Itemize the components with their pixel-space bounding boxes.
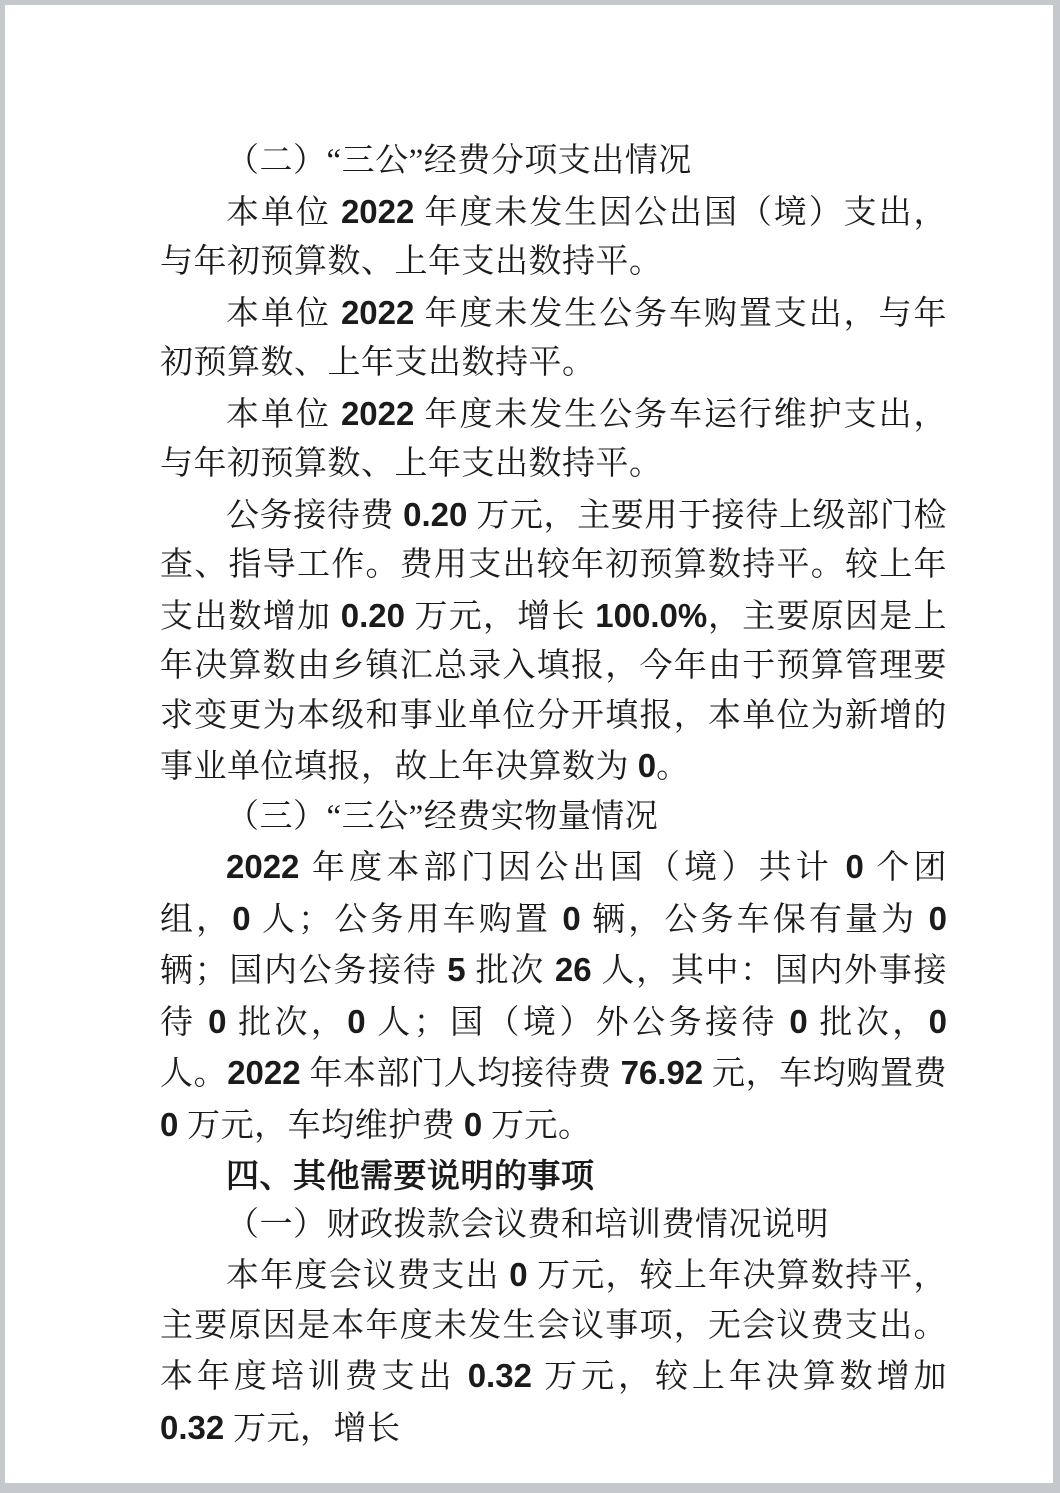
numeral: 0: [232, 900, 250, 937]
section-heading-other-matters: 四、其他需要说明的事项: [160, 1151, 947, 1201]
paragraph-official-reception-expense: 公务接待费 0.20 万元，主要用于接待上级部门检查、指导工作。费用支出较年初预…: [160, 490, 947, 793]
numeral: 0: [464, 1106, 482, 1143]
numeral: 5: [447, 951, 465, 988]
paragraph-no-vehicle-maintenance: 本单位 2022 年度未发生公务车运行维护支出，与年初预算数、上年支出数持平。: [160, 389, 947, 490]
numeral: 2022: [226, 848, 299, 885]
paragraph-physical-quantity-details: 2022 年度本部门因公出国（境）共计 0 个团组，0 人；公务用车购置 0 辆…: [160, 842, 947, 1151]
numeral: 0: [638, 747, 656, 784]
numeral: 0: [845, 848, 863, 885]
numeral: 2022: [341, 193, 414, 230]
numeral: 0.32: [160, 1409, 224, 1446]
numeral: 2022: [341, 395, 414, 432]
numeral: 100.0%: [595, 597, 707, 634]
paragraph-no-vehicle-purchase: 本单位 2022 年度未发生公务车购置支出，与年初预算数、上年支出数持平。: [160, 288, 947, 389]
numeral: 0: [509, 1256, 527, 1293]
numeral: 0.20: [341, 597, 405, 634]
numeral: 0.20: [403, 496, 467, 533]
subsection-heading-sangong-physical-quantity: （三）“三公”经费实物量情况: [160, 793, 947, 843]
numeral: 0: [160, 1106, 178, 1143]
numeral: 0: [929, 900, 947, 937]
numeral: 0: [562, 900, 580, 937]
subsection-heading-sangong-itemized-expenditure: （二）“三公”经费分项支出情况: [160, 137, 947, 187]
numeral: 0.32: [468, 1357, 532, 1394]
numeral: 0: [789, 1003, 807, 1040]
numeral: 0: [929, 1003, 947, 1040]
document-page: （二）“三公”经费分项支出情况 本单位 2022 年度未发生因公出国（境）支出，…: [5, 5, 1053, 1483]
numeral: 2022: [227, 1054, 300, 1091]
numeral: 26: [555, 951, 592, 988]
numeral: 0: [208, 1003, 226, 1040]
paragraph-no-overseas-travel: 本单位 2022 年度未发生因公出国（境）支出，与年初预算数、上年支出数持平。: [160, 187, 947, 288]
numeral: 0: [347, 1003, 365, 1040]
numeral: 2022: [341, 294, 414, 331]
subsection-heading-meeting-training-fees: （一）财政拨款会议费和培训费情况说明: [160, 1201, 947, 1251]
numeral: 76.92: [621, 1054, 704, 1091]
paragraph-meeting-training-fee-details: 本年度会议费支出 0 万元，较上年决算数持平，主要原因是本年度未发生会议事项，无…: [160, 1250, 947, 1454]
viewer-background: （二）“三公”经费分项支出情况 本单位 2022 年度未发生因公出国（境）支出，…: [0, 0, 1060, 1493]
